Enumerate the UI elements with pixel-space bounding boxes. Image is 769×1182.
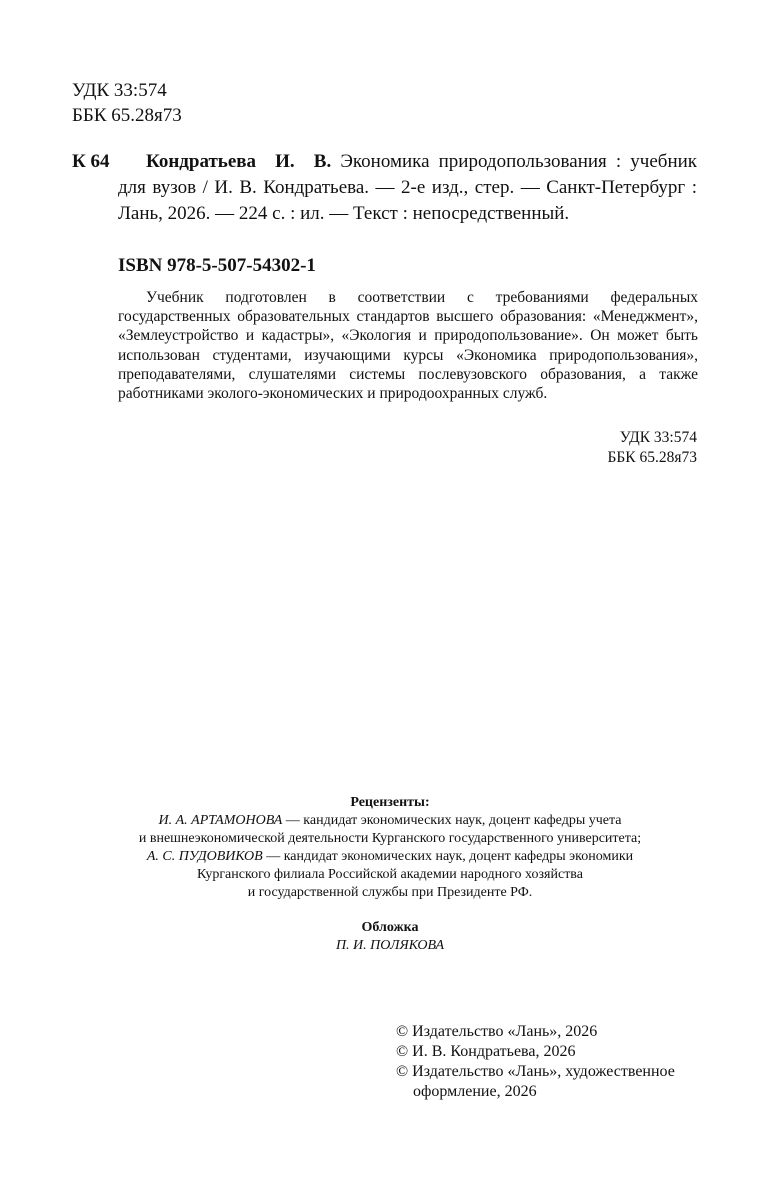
- udk-code: УДК 33:574: [72, 78, 182, 103]
- copyright-line: © Издательство «Лань», художественное оф…: [396, 1062, 696, 1102]
- annotation: Учебник подготовлен в соответствии с тре…: [118, 288, 698, 403]
- reviewer-1-desc-1: — кандидат экономических наук, доцент ка…: [282, 813, 621, 828]
- copyright-block: © Издательство «Лань», 2026 © И. В. Конд…: [396, 1022, 696, 1102]
- reviewer-1: И. А. АРТАМОНОВА — кандидат экономически…: [100, 812, 680, 848]
- author-name: Кондратьева И. В.: [146, 151, 331, 172]
- reviewer-1-name: И. А. АРТАМОНОВА: [158, 813, 282, 828]
- header-classification-codes: УДК 33:574 ББК 65.28я73: [72, 78, 182, 128]
- footer-classification-codes: УДК 33:574 ББК 65.28я73: [607, 428, 697, 467]
- author-code: К 64: [72, 149, 110, 175]
- cover-designer: П. И. ПОЛЯКОВА: [100, 937, 680, 955]
- cover-heading: Обложка: [100, 919, 680, 937]
- reviewer-2-desc-2: Курганского филиала Российской академии …: [197, 867, 583, 882]
- udk-code-right: УДК 33:574: [607, 428, 697, 448]
- cover-credit: Обложка П. И. ПОЛЯКОВА: [100, 919, 680, 955]
- isbn: ISBN 978-5-507-54302-1: [118, 255, 316, 277]
- reviewers-heading: Рецензенты:: [100, 794, 680, 812]
- reviewer-2-name: А. С. ПУДОВИКОВ: [147, 849, 263, 864]
- copyright-line: © И. В. Кондратьева, 2026: [396, 1042, 696, 1062]
- reviewer-2-desc-3: и государственной службы при Президенте …: [248, 885, 533, 900]
- bbk-code-right: ББК 65.28я73: [607, 448, 697, 468]
- bbk-code: ББК 65.28я73: [72, 103, 182, 128]
- reviewer-2: А. С. ПУДОВИКОВ — кандидат экономических…: [100, 848, 680, 902]
- reviewer-2-desc-1: — кандидат экономических наук, доцент ка…: [263, 849, 633, 864]
- reviewers-block: Рецензенты: И. А. АРТАМОНОВА — кандидат …: [100, 794, 680, 902]
- reviewer-1-desc-2: и внешнеэкономической деятельности Курга…: [139, 831, 641, 846]
- copyright-line: © Издательство «Лань», 2026: [396, 1022, 696, 1042]
- bibliographic-description: Кондратьева И. В. Экономика природопольз…: [72, 149, 697, 227]
- catalog-entry: К 64 Кондратьева И. В. Экономика природо…: [72, 149, 697, 227]
